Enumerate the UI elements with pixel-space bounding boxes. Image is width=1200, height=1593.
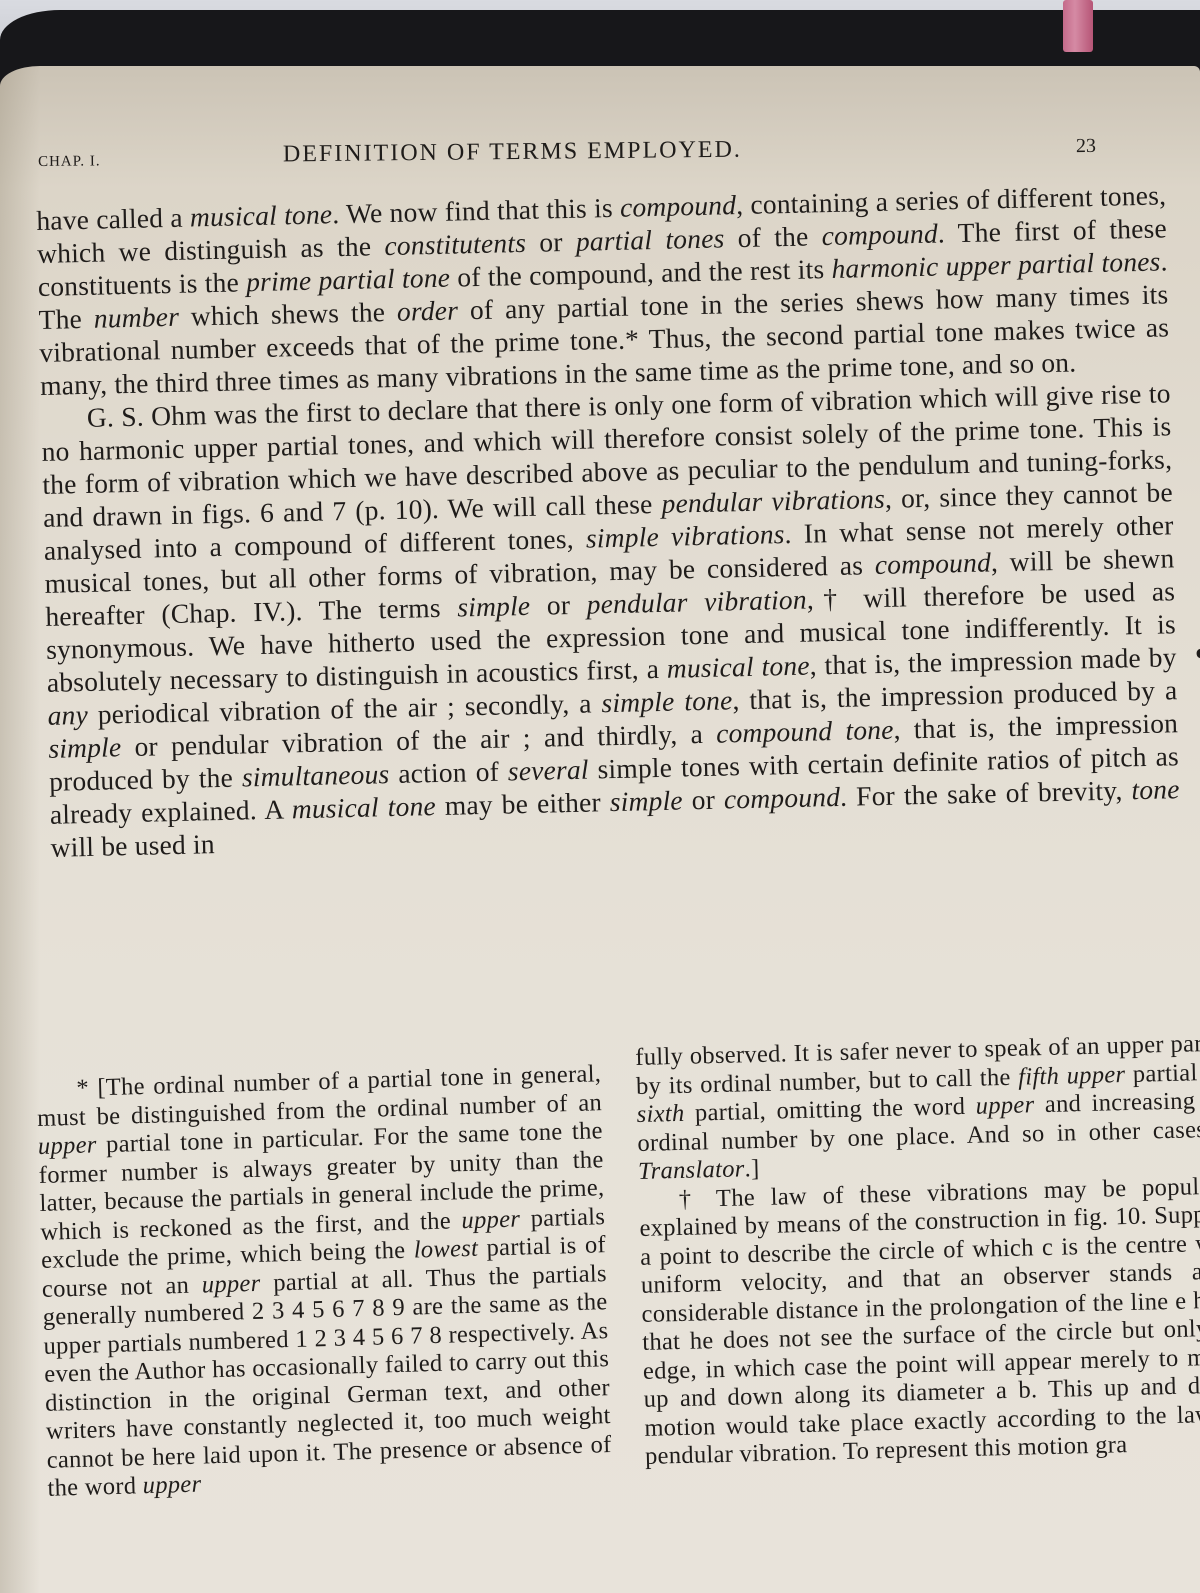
book-page: CHAP. I. DEFINITION OF TERMS EMPLOYED. 2…	[0, 66, 1200, 1593]
italic-term: sixth	[636, 1100, 684, 1128]
italic-term: simple tone	[601, 684, 733, 718]
text-run: which shews the	[179, 296, 398, 332]
italic-term: harmonic upper partial tones	[831, 246, 1161, 284]
footnote-left-column: * [The ordinal number of a partial tone …	[36, 1060, 613, 1503]
italic-term: constitutents	[384, 227, 526, 261]
italic-term: compound	[620, 189, 737, 223]
text-run: or	[526, 226, 577, 258]
italic-term: simple	[609, 784, 683, 817]
text-run: or	[682, 784, 724, 816]
italic-term: musical tone	[666, 650, 810, 684]
text-run: will be used in	[50, 828, 215, 863]
italic-term: order	[397, 294, 459, 326]
italic-term: Translator	[638, 1155, 745, 1185]
text-run: partial the	[1125, 1058, 1200, 1088]
italic-term: compound tone	[716, 714, 894, 749]
italic-term: upper	[38, 1131, 97, 1160]
footnote-dagger: † The law of these vibrations may be pop…	[638, 1172, 1200, 1472]
italic-term: upper	[142, 1471, 201, 1500]
text-run: or	[530, 589, 587, 621]
italic-term: several	[507, 754, 588, 787]
italic-term: musical tone	[190, 198, 333, 232]
italic-term: prime partial tone	[246, 262, 451, 298]
italic-term: upper	[461, 1205, 520, 1234]
text-run: . For the sake of brevity,	[840, 774, 1132, 812]
italic-term: fifth upper	[1018, 1061, 1126, 1091]
paragraph-1: have called a musical tone. We now find …	[36, 178, 1170, 402]
italic-term: simple	[48, 731, 122, 764]
page-title: DEFINITION OF TERMS EMPLOYED.	[283, 137, 742, 169]
italic-term: simple vibrations	[586, 518, 785, 554]
footnote-asterisk: * [The ordinal number of a partial tone …	[36, 1060, 613, 1503]
text-run: have called a	[36, 202, 190, 236]
paragraph-mark-icon: ¶	[1196, 641, 1200, 674]
italic-term: compound	[724, 781, 841, 815]
italic-term: number	[93, 301, 179, 334]
italic-term: simultaneous	[242, 758, 390, 792]
page-number: 23	[1076, 135, 1096, 158]
italic-term: upper	[975, 1091, 1034, 1119]
italic-term: simple	[457, 590, 531, 623]
text-run: may be either	[435, 786, 610, 821]
text-run: action of	[389, 755, 508, 789]
italic-term: lowest	[413, 1235, 478, 1264]
text-run: .]	[744, 1155, 760, 1182]
paragraph-2: G. S. Ohm was the first to declare that …	[40, 376, 1180, 864]
bookmark-ribbon	[1063, 0, 1093, 52]
italic-term: musical tone	[291, 790, 436, 824]
text-run: † The law of these vibrations may be pop…	[639, 1172, 1200, 1470]
main-body-text: have called a musical tone. We now find …	[36, 178, 1181, 863]
running-head: CHAP. I. DEFINITION OF TERMS EMPLOYED. 2…	[38, 133, 1118, 176]
italic-term: compound	[874, 546, 991, 580]
italic-term: any	[47, 699, 88, 731]
italic-term: compound	[821, 218, 938, 252]
chapter-label: CHAP. I.	[38, 153, 101, 171]
text-run: . We now find that this is	[332, 192, 620, 230]
text-run: of the	[724, 220, 822, 253]
footnote-right-column: fully observed. It is safer never to spe…	[635, 1029, 1200, 1471]
italic-term: pendular vibration	[586, 584, 807, 620]
italic-term: pendular vibrations	[661, 483, 885, 519]
italic-term: upper	[201, 1269, 260, 1298]
italic-term: partial tones	[576, 222, 725, 256]
italic-term: tone	[1131, 773, 1180, 805]
footnote-asterisk-continued: fully observed. It is safer never to spe…	[635, 1029, 1200, 1186]
